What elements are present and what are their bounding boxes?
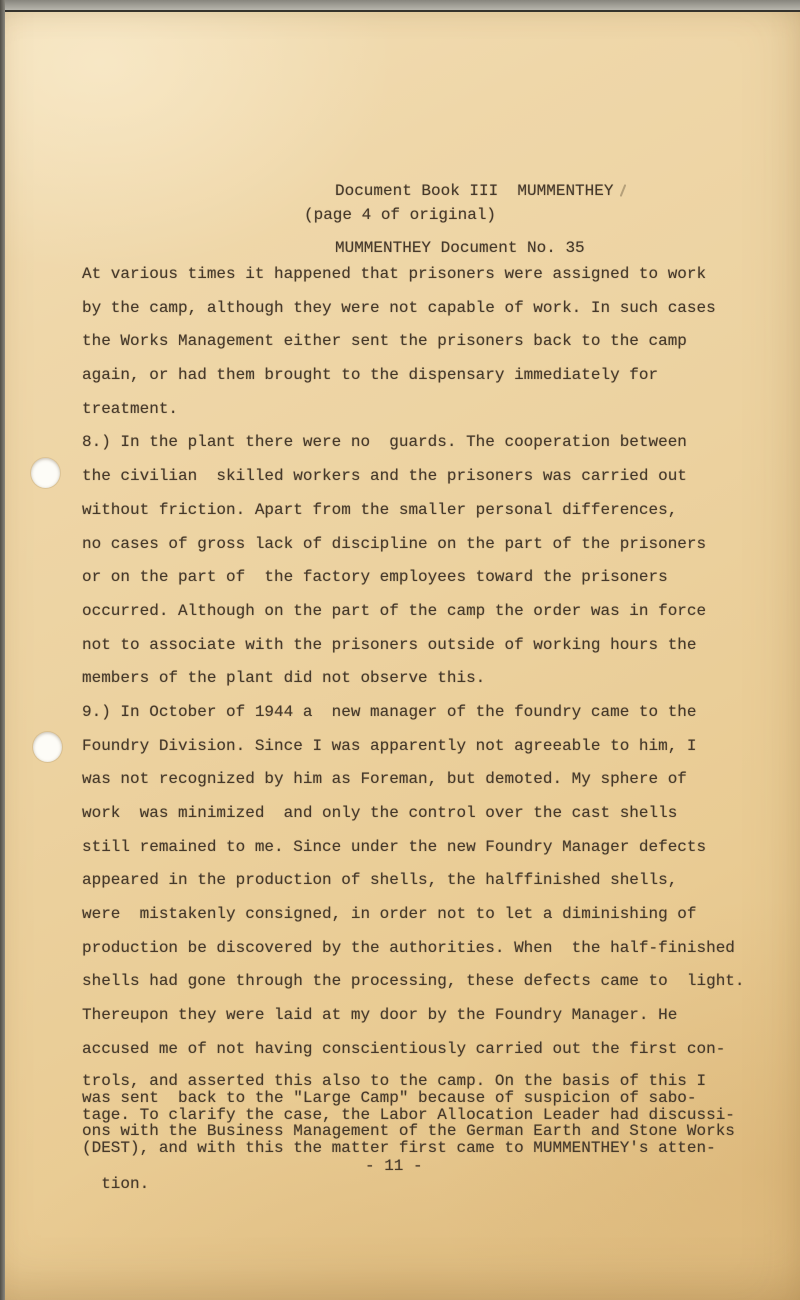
text-line: trols, and asserted this also to the cam…	[82, 1073, 735, 1090]
text-line: again, or had them brought to the dispen…	[82, 359, 745, 393]
text-line: was not recognized by him as Foreman, bu…	[82, 763, 745, 797]
text-line: occurred. Although on the part of the ca…	[82, 595, 745, 629]
text-line: appeared in the production of shells, th…	[82, 864, 745, 898]
text-line: ons with the Business Management of the …	[82, 1123, 735, 1140]
header-line-2: MUMMENTHEY Document No. 35	[335, 239, 613, 258]
document-body: At various times it happened that prison…	[82, 258, 745, 1067]
page-number: - 11 -	[365, 1157, 423, 1175]
text-line: the Works Management either sent the pri…	[82, 325, 745, 359]
punch-hole-top	[31, 458, 60, 488]
text-line: members of the plant did not observe thi…	[82, 662, 745, 696]
punch-hole-bottom	[33, 732, 62, 762]
text-line: were mistakenly consigned, in order not …	[82, 898, 745, 932]
text-line: accused me of not having conscientiously…	[82, 1033, 745, 1067]
text-line: still remained to me. Since under the ne…	[82, 831, 745, 865]
text-line: was sent back to the "Large Camp" becaus…	[82, 1090, 735, 1107]
text-line: not to associate with the prisoners outs…	[82, 629, 745, 663]
text-line: shells had gone through the processing, …	[82, 965, 745, 999]
text-line: 8.) In the plant there were no guards. T…	[82, 426, 745, 460]
text-line: work was minimized and only the control …	[82, 797, 745, 831]
scan-edge-top	[0, 0, 800, 12]
header-line-1: Document Book III MUMMENTHEY	[335, 182, 613, 201]
text-line: 9.) In October of 1944 a new manager of …	[82, 696, 745, 730]
text-line: no cases of gross lack of discipline on …	[82, 528, 745, 562]
text-line: tage. To clarify the case, the Labor All…	[82, 1107, 735, 1124]
footer-line: tion. - 11 -	[82, 1157, 149, 1211]
text-line: the civilian skilled workers and the pri…	[82, 460, 745, 494]
scan-edge-left	[0, 0, 5, 1300]
text-line: production be discovered by the authorit…	[82, 932, 745, 966]
page-note: (page 4 of original)	[304, 206, 496, 224]
text-line: or on the part of the factory employees …	[82, 561, 745, 595]
text-line: (DEST), and with this the matter first c…	[82, 1140, 735, 1157]
text-line: At various times it happened that prison…	[82, 258, 745, 292]
text-line: by the camp, although they were not capa…	[82, 292, 745, 326]
text-line: Thereupon they were laid at my door by t…	[82, 999, 745, 1033]
closing-paragraph: trols, and asserted this also to the cam…	[82, 1073, 735, 1157]
last-word: tion.	[101, 1175, 149, 1193]
text-line: without friction. Apart from the smaller…	[82, 494, 745, 528]
text-line: Foundry Division. Since I was apparently…	[82, 730, 745, 764]
text-line: treatment.	[82, 393, 745, 427]
